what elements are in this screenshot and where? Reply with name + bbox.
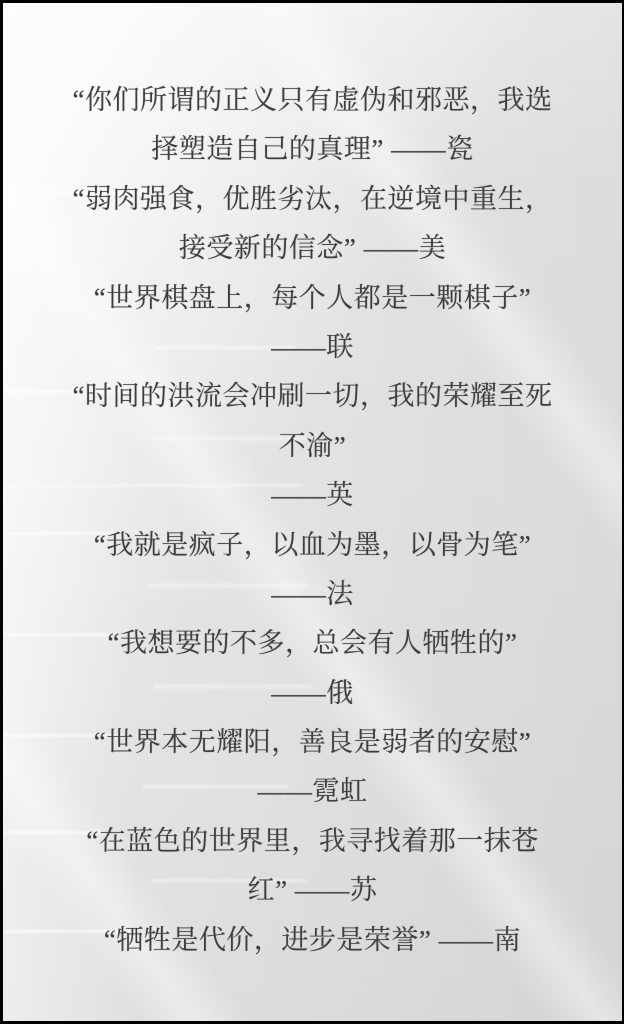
- quotes-page: “你们所谓的正义只有虚伪和邪恶，我选 择塑造自己的真理” ——瓷 “弱肉强食，优…: [3, 3, 622, 1021]
- quote-line: “世界本无耀阳，善良是弱者的安慰”: [3, 718, 622, 767]
- quote-block-russia: “我想要的不多，总会有人牺牲的” ——俄: [3, 619, 622, 718]
- quote-line: 择塑造自己的真理” ——瓷: [3, 125, 622, 174]
- quote-line: “牺牲是代价，进步是荣誉” ——南: [3, 916, 622, 965]
- quote-block-neon: “世界本无耀阳，善良是弱者的安慰” ——霓虹: [3, 718, 622, 817]
- quote-line: 不渝”: [3, 422, 622, 471]
- quote-line: “你们所谓的正义只有虚伪和邪恶，我选: [3, 76, 622, 125]
- quote-line: ——英: [3, 471, 622, 520]
- quote-line: “在蓝色的世界里，我寻找着那一抹苍: [3, 817, 622, 866]
- quote-block-britain: “时间的洪流会冲刷一切，我的荣耀至死 不渝” ——英: [3, 372, 622, 520]
- quote-line: “我想要的不多，总会有人牺牲的”: [3, 619, 622, 668]
- quote-line: 接受新的信念” ——美: [3, 224, 622, 273]
- quote-block-south: “牺牲是代价，进步是荣誉” ——南: [3, 916, 622, 965]
- quote-line: 红” ——苏: [3, 866, 622, 915]
- quote-line: ——联: [3, 323, 622, 372]
- quote-block-france: “我就是疯子，以血为墨，以骨为笔” ——法: [3, 521, 622, 620]
- quote-line: ——霓虹: [3, 767, 622, 816]
- photo-frame: “你们所谓的正义只有虚伪和邪恶，我选 择塑造自己的真理” ——瓷 “弱肉强食，优…: [0, 0, 624, 1024]
- quotes-content: “你们所谓的正义只有虚伪和邪恶，我选 择塑造自己的真理” ——瓷 “弱肉强食，优…: [3, 76, 622, 965]
- quote-line: “弱肉强食，优胜劣汰，在逆境中重生，: [3, 175, 622, 224]
- quote-block-union: “世界棋盘上，每个人都是一颗棋子” ——联: [3, 274, 622, 373]
- quote-block-america: “弱肉强食，优胜劣汰，在逆境中重生， 接受新的信念” ——美: [3, 175, 622, 274]
- quote-line: “我就是疯子，以血为墨，以骨为笔”: [3, 521, 622, 570]
- quote-line: ——法: [3, 570, 622, 619]
- quote-line: “世界棋盘上，每个人都是一颗棋子”: [3, 274, 622, 323]
- quote-block-soviet: “在蓝色的世界里，我寻找着那一抹苍 红” ——苏: [3, 817, 622, 916]
- quote-line: ——俄: [3, 669, 622, 718]
- quote-line: “时间的洪流会冲刷一切，我的荣耀至死: [3, 372, 622, 421]
- quote-block-porcelain: “你们所谓的正义只有虚伪和邪恶，我选 择塑造自己的真理” ——瓷: [3, 76, 622, 175]
